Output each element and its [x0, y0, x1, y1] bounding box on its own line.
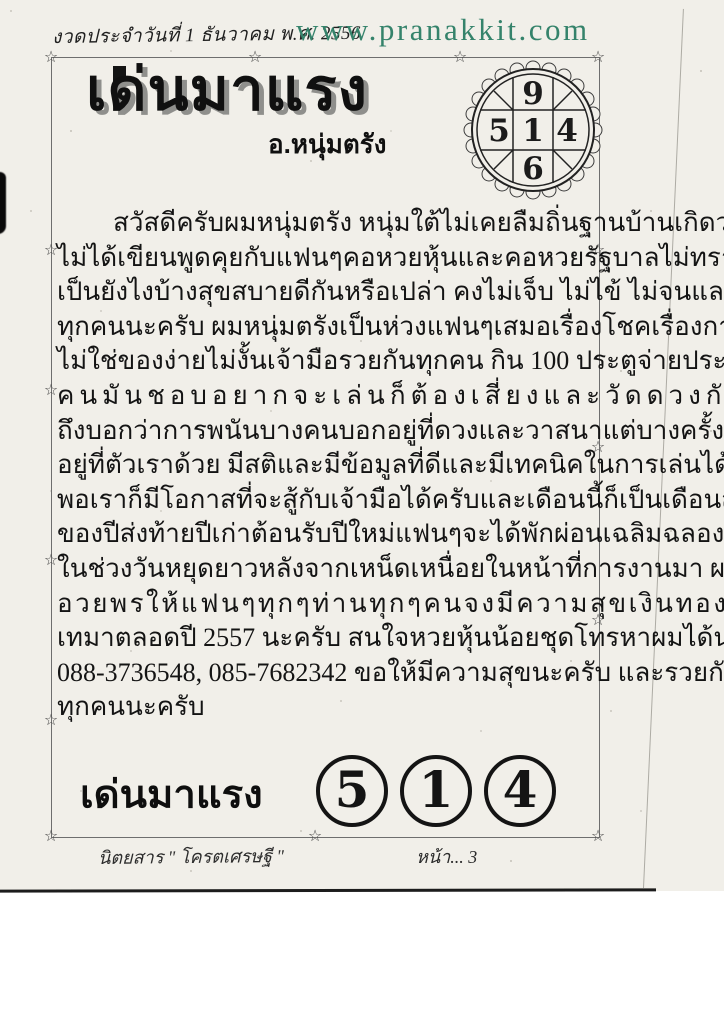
article-line: 088-3736548, 085-7682342 ขอให้มีความสุขน…: [57, 656, 584, 691]
wheel-number-center: 1: [522, 113, 544, 149]
article-body: สวัสดีครับผมหนุ่มตรัง หนุ่มใต้ไม่เคยลืมถ…: [57, 206, 584, 725]
article-line: พอเราก็มีโอกาสที่จะสู้กับเจ้ามือได้ครับแ…: [57, 483, 584, 518]
author-name: อ.หนุ่มตรัง: [268, 124, 386, 165]
highlight-title: เด่นมาแรง: [80, 763, 263, 825]
lucky-number-circle: 5: [316, 755, 388, 827]
star-icon: ☆: [43, 49, 59, 65]
article-line: ไม่ใช่ของง่ายไม่งั้นเจ้ามือรวยกันทุกคน ก…: [57, 344, 584, 379]
scan-artifact: [0, 172, 6, 234]
lucky-number-circle: 1: [400, 755, 472, 827]
wheel-number-top: 9: [522, 76, 544, 112]
article-line: ทุกคนนะครับ: [57, 690, 584, 725]
scanned-lottery-page: งวดประจำวันที่ 1 ธันวาคม พ.ศ. 2556 www.p…: [0, 0, 724, 1024]
article-line: เทมาตลอดปี 2557 นะครับ สนใจหวยหุ้นน้อยชุ…: [57, 621, 584, 656]
page-number: หน้า... 3: [416, 842, 477, 871]
article-line: เป็นยังไงบ้างสุขสบายดีกันหรือเปล่า คงไม่…: [57, 275, 584, 310]
website-url: www.pranakkit.com: [296, 12, 590, 48]
article-line: คนมันชอบอยากจะเล่นก็ต้องเสี่ยงและวัดดวงก…: [57, 379, 584, 414]
article-line: สวัสดีครับผมหนุ่มตรัง หนุ่มใต้ไม่เคยลืมถ…: [57, 206, 584, 241]
article-line: ถึงบอกว่าการพนันบางคนบอกอยู่ที่ดวงและวาส…: [57, 414, 584, 449]
article-line: อวยพรให้แฟนๆทุกๆท่านทุกๆคนจงมีความสุขเงิ…: [57, 587, 584, 622]
star-icon: ☆: [307, 828, 323, 844]
star-icon: ☆: [590, 828, 606, 844]
wheel-number-left: 5: [488, 113, 510, 149]
article-line: อยู่ที่ตัวเราด้วย มีสติและมีข้อมูลที่ดีแ…: [57, 448, 584, 483]
lucky-number: 5: [335, 765, 370, 815]
article-line: ของปีส่งท้ายปีเก่าต้อนรับปีใหม่แฟนๆจะได้…: [57, 517, 584, 552]
lucky-number: 4: [503, 765, 538, 815]
paper-noise: [10, 10, 12, 12]
article-line: ในช่วงวันหยุดยาวหลังจากเหน็ดเหนื่อยในหน้…: [57, 552, 584, 587]
wheel-number-bottom: 6: [522, 151, 544, 187]
article-line: ทุกคนนะครับ ผมหนุ่มตรังเป็นห่วงแฟนๆเสมอเ…: [57, 310, 584, 345]
page-bottom-edge: [0, 888, 656, 892]
lucky-number: 1: [419, 765, 454, 815]
masthead-title: เด่นมาแรง: [86, 61, 368, 120]
wheel-number-right: 4: [556, 113, 578, 149]
magazine-name: นิตยสาร " โครตเศรษฐี ": [98, 841, 284, 872]
star-icon: ☆: [43, 828, 59, 844]
lucky-number-circle: 4: [484, 755, 556, 827]
article-line: ไม่ได้เขียนพูดคุยกับแฟนๆคอหวยหุ้นและคอหว…: [57, 241, 584, 276]
number-wheel-ornament: 9 5 1 4 6: [448, 54, 618, 206]
